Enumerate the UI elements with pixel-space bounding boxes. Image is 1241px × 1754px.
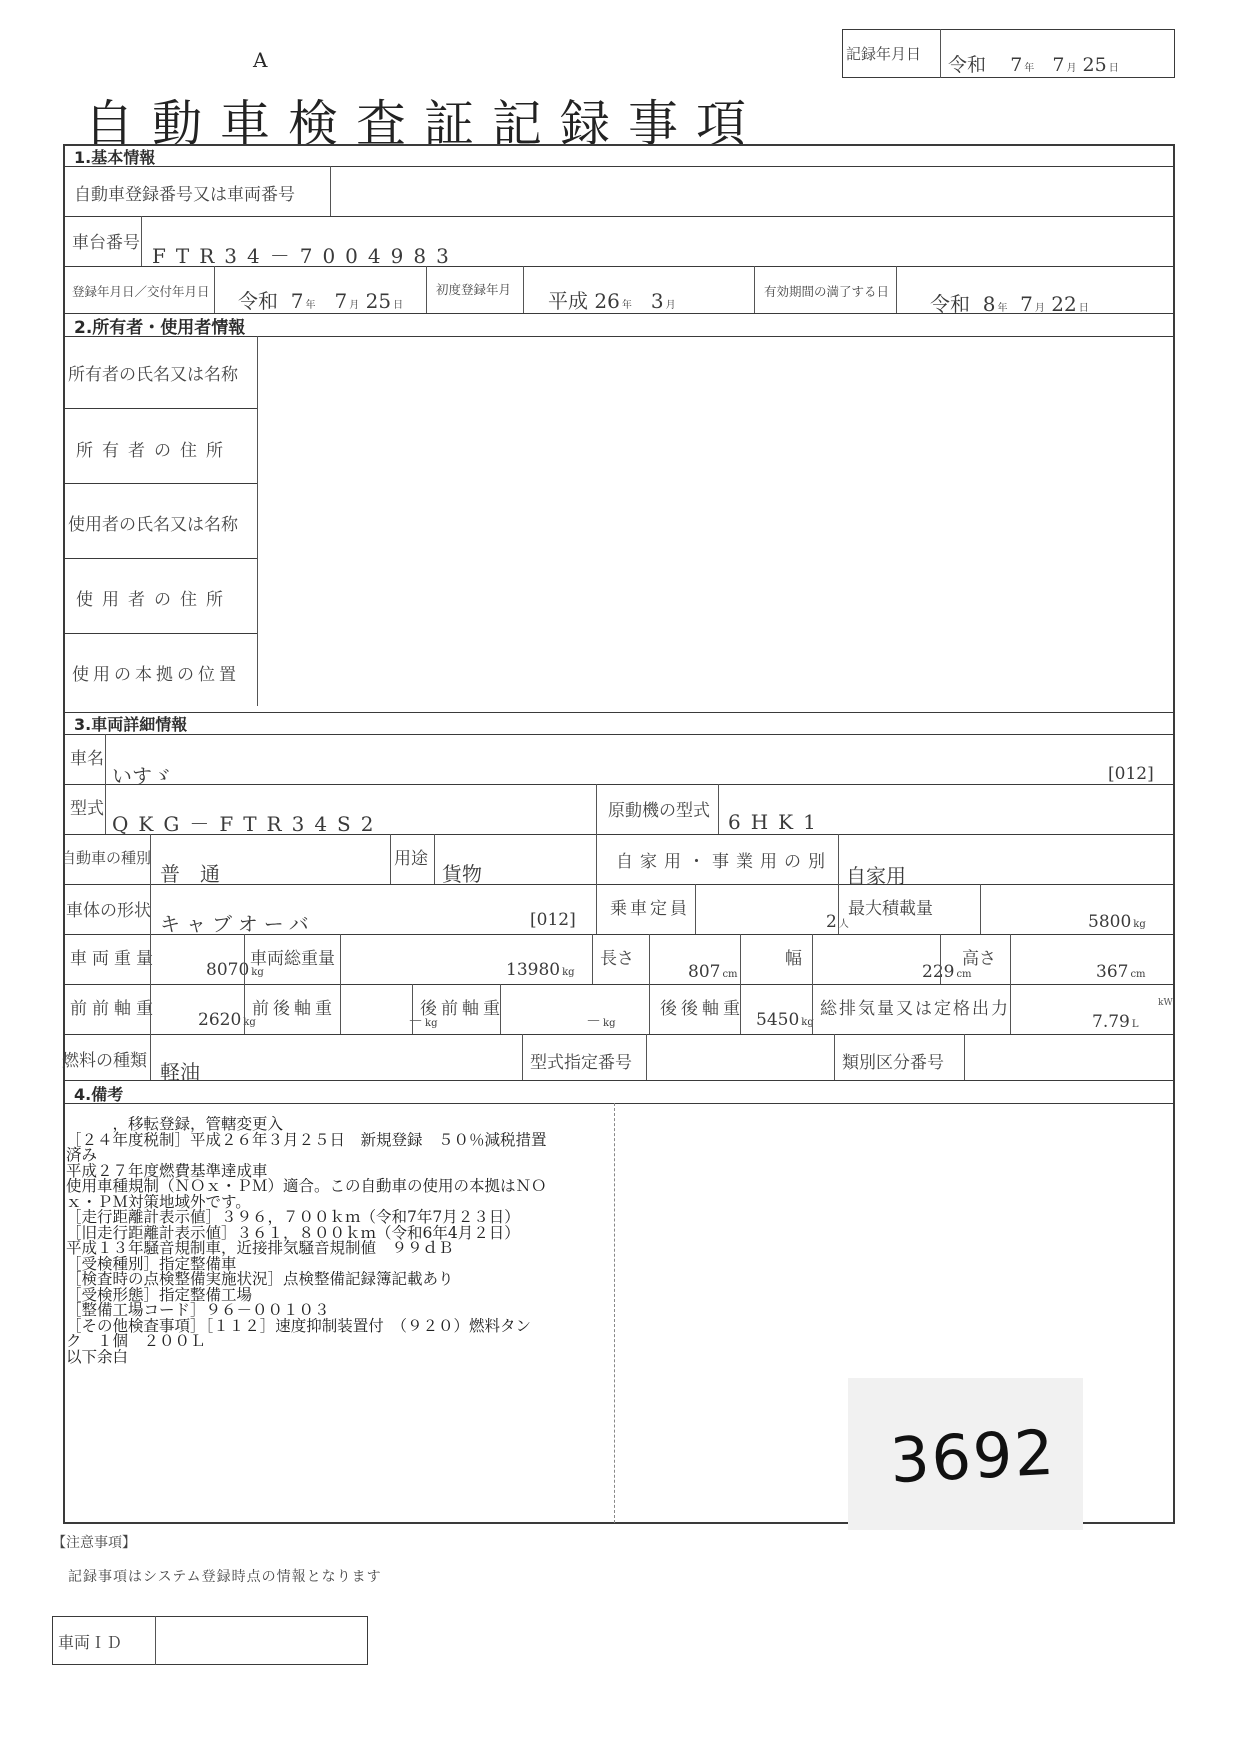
weight-label: 車両重量 xyxy=(70,944,158,969)
vehicle-name-label: 車名 xyxy=(70,744,104,769)
section2-heading: 2.所有者・使用者情報 xyxy=(74,313,245,338)
remark-line: ク １個 ２００Ｌ xyxy=(66,1334,616,1350)
rr-axle-label: 後後軸重 xyxy=(660,994,744,1019)
displacement-label: 総排気量又は定格出力 xyxy=(820,994,1010,1019)
user-address-label: 使用者の住所 xyxy=(76,585,232,610)
capacity-label: 乗車定員 xyxy=(610,894,690,919)
remark-line: 以下余白 xyxy=(66,1350,616,1366)
gross-weight-value: 13980kg xyxy=(506,960,575,980)
engine-model-label: 原動機の型式 xyxy=(608,796,710,821)
fuel-label: 燃料の種類 xyxy=(62,1046,147,1071)
usage-value: 貨物 xyxy=(442,858,482,887)
chassis-number-label: 車台番号 xyxy=(72,228,140,253)
gross-weight-label: 車両総重量 xyxy=(250,944,335,969)
record-date-label: 記録年月日 xyxy=(846,43,921,64)
height-value: 367cm xyxy=(1096,962,1146,982)
width-label: 幅 xyxy=(785,944,802,969)
length-label: 長さ xyxy=(600,944,634,969)
expiry-label: 有効期間の満了する日 xyxy=(764,282,889,300)
model-value: QKG－FTR34S2 xyxy=(112,808,383,837)
owner-name-label: 所有者の氏名又は名称 xyxy=(68,360,238,385)
form-mark: A xyxy=(253,48,267,72)
private-business-label: 自家用・事業用の別 xyxy=(616,847,832,872)
first-registration-label: 初度登録年月 xyxy=(436,280,511,298)
notes-text: 記録事項はシステム登録時点の情報となります xyxy=(68,1566,382,1586)
first-registration-value: 平成 26年 3月 xyxy=(548,285,676,314)
rr-axle-value: 5450kg xyxy=(756,1010,814,1030)
ff-axle-value: 2620kg xyxy=(198,1010,256,1030)
length-value: 807cm xyxy=(688,962,738,982)
model-label: 型式 xyxy=(70,794,104,819)
handwritten-number: 3692 xyxy=(888,1416,1057,1498)
vehicle-id-label: 車両ＩＤ xyxy=(58,1630,122,1653)
chassis-number-value: FTR34－7004983 xyxy=(152,240,459,269)
remarks-text: ，移転登録，管轄変更入［２４年度税制］平成２６年３月２５日 新規登録 ５０％減税… xyxy=(66,1117,616,1365)
displacement-unit-top: kW xyxy=(1158,998,1173,1008)
body-shape-value: キャブオーバ xyxy=(160,908,315,937)
rf-axle-label: 後前軸重 xyxy=(420,994,504,1019)
displacement-value: 7.79L xyxy=(1092,1012,1139,1032)
section3-heading: 3.車両詳細情報 xyxy=(74,712,187,735)
section4-heading: 4.備考 xyxy=(74,1082,123,1105)
section1-heading: 1.基本情報 xyxy=(74,145,155,168)
max-load-value: 5800kg xyxy=(1088,912,1146,932)
usage-label: 用途 xyxy=(394,844,428,869)
height-label: 高さ xyxy=(962,944,996,969)
registration-date-value: 令和 7年 7月 25日 xyxy=(238,285,403,314)
vehicle-name-code: [012] xyxy=(1108,764,1154,784)
fr-axle-label: 前後軸重 xyxy=(252,994,336,1019)
notes-heading: 【注意事項】 xyxy=(52,1532,136,1552)
record-date-value: 令和 7年 7月 25日 xyxy=(948,50,1119,77)
remark-line: ［２４年度税制］平成２６年３月２５日 新規登録 ５０％減税措置 xyxy=(66,1133,616,1149)
vehicle-type-value: 普 通 xyxy=(160,858,220,887)
rf-axle-value: －kg xyxy=(586,1010,615,1031)
max-load-label: 最大積載量 xyxy=(848,894,933,919)
engine-model-value: 6HK1 xyxy=(728,810,826,834)
registration-number-label: 自動車登録番号又は車両番号 xyxy=(74,180,295,205)
user-name-label: 使用者の氏名又は名称 xyxy=(68,510,238,535)
vehicle-type-label: 自動車の種別 xyxy=(61,847,151,868)
base-location-label: 使用の本拠の位置 xyxy=(72,660,240,685)
body-shape-code: [012] xyxy=(530,910,576,930)
ff-axle-label: 前前軸重 xyxy=(70,994,158,1019)
type-designation-label: 型式指定番号 xyxy=(530,1048,632,1073)
category-label: 類別区分番号 xyxy=(842,1048,944,1073)
body-shape-label: 車体の形状 xyxy=(66,896,151,921)
registration-date-label: 登録年月日／交付年月日 xyxy=(72,282,210,300)
owner-address-label: 所有者の住所 xyxy=(76,436,232,461)
